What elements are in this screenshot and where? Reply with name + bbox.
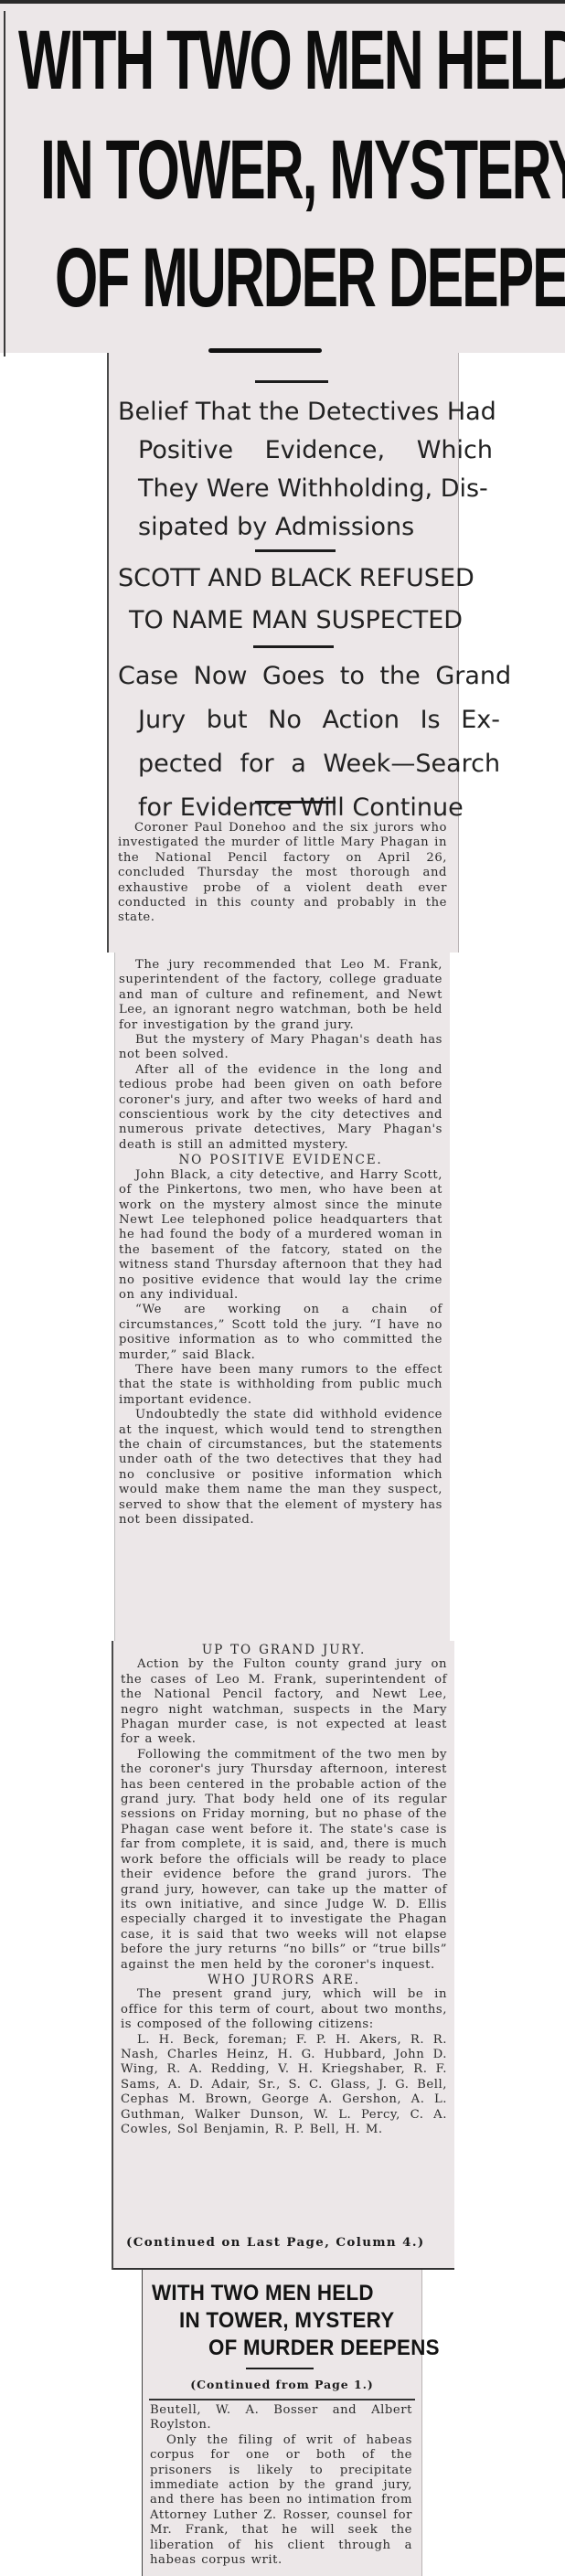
deck-3-line: Case Now Goes to the Grand [118,655,447,698]
divider [253,645,334,648]
deck-1-line: Positive Evidence, Which [118,431,447,470]
deck-1: Belief That the Detectives Had Positive … [118,393,447,547]
divider [255,801,336,804]
divider [255,380,328,383]
paragraph: Coroner Paul Donehoo and the six jurors … [118,821,447,926]
paragraph: There have been many rumors to the effec… [119,1363,442,1408]
paragraph-fragment: Beutell, W. A. Bosser and Albert Roylsto… [150,2403,412,2433]
deck-2-line: SCOTT AND BLACK REFUSED [118,558,447,600]
deck-1-line: Belief That the Detectives Had [118,393,447,431]
deck-2-line: TO NAME MAN SUSPECTED [118,600,447,642]
paragraph: But the mystery of Mary Phagan's death h… [119,1033,442,1063]
deck-3: Case Now Goes to the Grand Jury but No A… [118,655,447,830]
article-body-part-1: The jury recommended that Leo M. Frank, … [119,958,442,1528]
continuation-headline-line-3: OF MURDER DEEPENS [208,2336,440,2361]
deck-3-line: Jury but No Action Is Ex- [118,698,447,742]
body-clipping-1: The jury recommended that Leo M. Frank, … [114,953,450,1641]
continuation-clipping: WITH TWO MEN HELD IN TOWER, MYSTERY OF M… [142,2270,422,2576]
divider [255,549,336,552]
lead-paragraph: Coroner Paul Donehoo and the six jurors … [118,821,447,926]
jump-clipping: (Continued on Last Page, Column 4.) [112,2219,454,2270]
body-clipping-2: UP TO GRAND JURY. Action by the Fulton c… [112,1641,454,2219]
paragraph: Only the filing of writ of habeas corpus… [150,2433,412,2569]
continuation-headline-line-1: WITH TWO MEN HELD [152,2281,374,2306]
article-body-part-2: UP TO GRAND JURY. Action by the Fulton c… [121,1643,447,2137]
column-rule [4,11,5,357]
subhead-no-positive-evidence: NO POSITIVE EVIDENCE. [119,1153,442,1167]
deck-clipping: Belief That the Detectives Had Positive … [107,353,459,953]
paragraph: The present grand jury, which will be in… [121,1987,447,2032]
paragraph: Following the commitment of the two men … [121,1748,447,1973]
deck-1-line: They Were Withholding, Dis- [118,470,447,508]
deck-3-line: pected for a Week—Search [118,742,447,786]
subhead-up-to-grand-jury: UP TO GRAND JURY. [121,1643,447,1657]
deck-2: SCOTT AND BLACK REFUSED TO NAME MAN SUSP… [118,558,447,642]
continuation-body: Beutell, W. A. Bosser and Albert Roylsto… [150,2403,412,2568]
continued-on-line: (Continued on Last Page, Column 4.) [126,2235,451,2250]
subhead-who-jurors-are: WHO JURORS ARE. [121,1973,447,1987]
paragraph: John Black, a city detective, and Harry … [119,1168,442,1304]
paragraph: The jury recommended that Leo M. Frank, … [119,958,442,1033]
juror-list: L. H. Beck, foreman; F. P. H. Akers, R. … [121,2033,447,2138]
paragraph: Action by the Fulton county grand jury o… [121,1657,447,1747]
headline-clipping: WITH TWO MEN HELD IN TOWER, MYSTERY OF M… [0,0,565,353]
continuation-headline-line-2: IN TOWER, MYSTERY [179,2308,394,2334]
headline-line-3: OF MURDER DEEPENS [55,230,565,326]
paragraph: Undoubtedly the state did withhold evide… [119,1408,442,1528]
paragraph: After all of the evidence in the long an… [119,1063,442,1153]
continued-from-line: (Continued from Page 1.) [143,2378,421,2391]
deck-1-line: sipated by Admissions [118,508,447,547]
headline-line-1: WITH TWO MEN HELD [18,13,565,109]
paragraph: “We are working on a chain of circumstan… [119,1303,442,1363]
headline-line-2: IN TOWER, MYSTERY [40,122,565,218]
divider [246,2368,314,2369]
divider [149,2399,415,2400]
